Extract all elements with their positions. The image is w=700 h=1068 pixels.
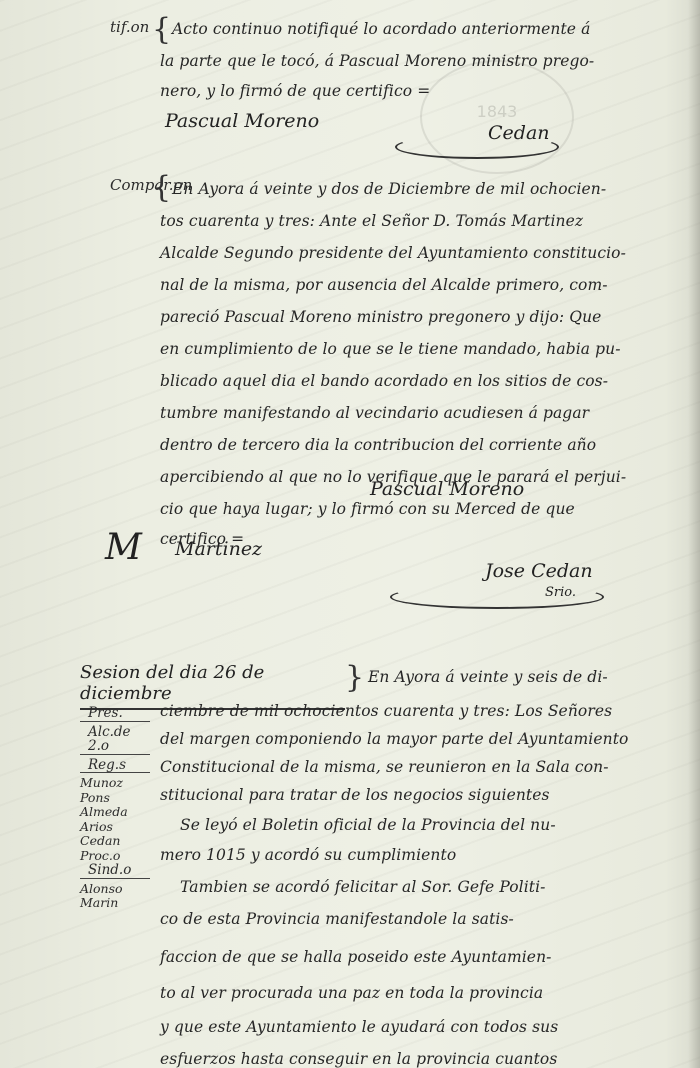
text-line: Alcalde Segundo presidente del Ayuntamie…: [160, 244, 630, 262]
attendee-name: Pons: [80, 791, 150, 806]
signature-martinez: Martinez: [175, 538, 262, 560]
text-line: stitucional para tratar de los negocios …: [160, 786, 630, 804]
text-line: Constitucional de la misma, se reunieron…: [160, 758, 630, 776]
brace: }: [345, 660, 364, 695]
text-line: nero, y lo firmó de que certifico =: [160, 82, 630, 100]
attendee-name: Almeda: [80, 805, 150, 820]
text-line: Se leyó el Boletin oficial de la Provinc…: [180, 816, 650, 834]
text-line: En Ayora á veinte y seis de di-: [368, 668, 638, 686]
signature-flourish: [395, 135, 559, 159]
attendee-president: Pres.: [80, 706, 150, 722]
signature-pascual-moreno: Pascual Moreno: [370, 478, 524, 500]
attendee-alcalde: Alc.de 2.o: [80, 725, 150, 755]
brace: {: [152, 12, 171, 47]
text-line: nal de la misma, por ausencia del Alcald…: [160, 276, 630, 294]
text-line: del margen componiendo la mayor parte de…: [160, 730, 630, 748]
text-line: blicado aquel dia el bando acordado en l…: [160, 372, 630, 390]
attendee-name: Marin: [80, 896, 150, 911]
text-line: dentro de tercero dia la contribucion de…: [160, 436, 630, 454]
attendee-procurador: Proc.o: [80, 849, 150, 864]
text-line: en cumplimiento de lo que se le tiene ma…: [160, 340, 630, 358]
attendee-name: Alonso: [80, 882, 150, 897]
attendees-margin-list: Pres. Alc.de 2.o Reg.s Munoz Pons Almeda…: [80, 706, 150, 911]
margin-note-notification: tif.on: [110, 18, 149, 36]
text-line: tumbre manifestando al vecindario acudie…: [160, 404, 630, 422]
attendee-sindico: Sind.o: [80, 863, 150, 879]
signature-flourish: [390, 585, 604, 609]
text-line: to al ver procurada una paz en toda la p…: [160, 984, 630, 1002]
signature-jose-cedan: Jose Cedan: [485, 560, 593, 582]
text-line: Acto continuo notifiqué lo acordado ante…: [172, 20, 642, 38]
text-line: Tambien se acordó felicitar al Sor. Gefe…: [180, 878, 650, 896]
page-edge-shadow: [688, 0, 700, 1068]
text-line: pareció Pascual Moreno ministro pregoner…: [160, 308, 630, 326]
signature-pascual-moreno: Pascual Moreno: [165, 110, 319, 132]
text-line: En Ayora á veinte y dos de Diciembre de …: [172, 180, 642, 198]
text-line: faccion de que se halla poseido este Ayu…: [160, 948, 630, 966]
attendee-name: Cedan: [80, 834, 150, 849]
text-line: esfuerzos hasta conseguir en la provinci…: [160, 1050, 630, 1068]
attendee-name: Arios: [80, 820, 150, 835]
attendee-regidores-label: Reg.s: [80, 758, 150, 774]
text-line: la parte que le tocó, á Pascual Moreno m…: [160, 52, 630, 70]
text-line: cio que haya lugar; y lo firmó con su Me…: [160, 500, 630, 518]
text-line: y que este Ayuntamiento le ayudará con t…: [160, 1018, 630, 1036]
text-line: co de esta Provincia manifestandole la s…: [160, 910, 630, 928]
attendee-name: Munoz: [80, 776, 150, 791]
signature-initial-m: M: [105, 527, 142, 568]
text-line: tos cuarenta y tres: Ante el Señor D. To…: [160, 212, 630, 230]
brace: {: [152, 170, 171, 205]
text-line: mero 1015 y acordó su cumplimiento: [160, 846, 630, 864]
text-line: ciembre de mil ochocientos cuarenta y tr…: [160, 702, 630, 720]
